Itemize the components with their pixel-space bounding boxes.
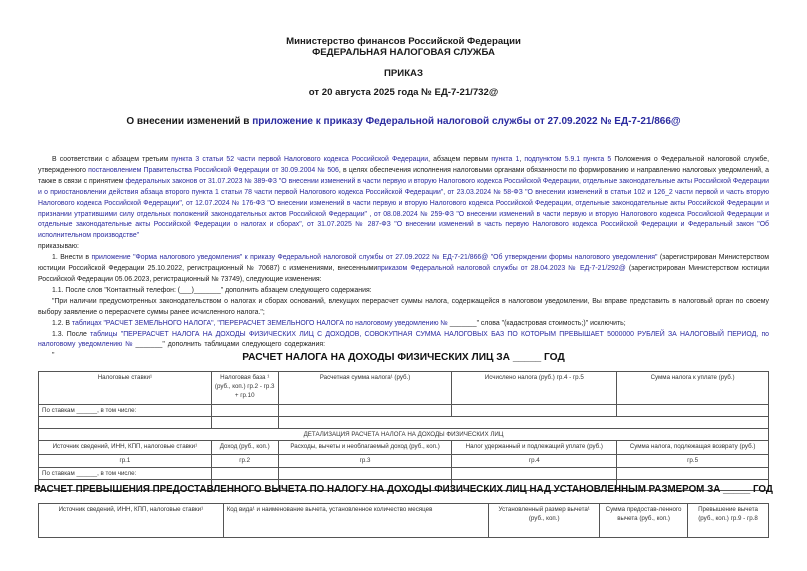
- detail-col-header: Доход (руб., коп.): [211, 441, 278, 455]
- item-1-1-paragraph: 1.1. После слов "Контактный телефон: (__…: [38, 286, 769, 297]
- col-number: гр.4: [452, 455, 617, 468]
- col-header: Расчетная сумма налога¹ (руб.): [278, 372, 452, 405]
- order-word: приказываю:: [38, 242, 769, 253]
- col-header: Сумма предостав-ленного вычета (руб., ко…: [600, 504, 688, 538]
- text-run: 1.2. В: [52, 320, 72, 327]
- cell: [278, 417, 768, 429]
- service-name: ФЕДЕРАЛЬНАЯ НАЛОГОВАЯ СЛУЖБА: [0, 47, 807, 58]
- col-header: Налоговые ставки¹: [39, 372, 212, 405]
- cell: [211, 417, 278, 429]
- col-header: Установленный размер вычета¹ (руб., коп.…: [489, 504, 600, 538]
- legal-reference-link[interactable]: приложение "Форма налогового уведомления…: [91, 254, 657, 261]
- cell: [211, 468, 278, 480]
- table-header-row: Источник сведений, ИНН, КПП, налоговые с…: [39, 504, 769, 538]
- doc-type: ПРИКАЗ: [0, 68, 807, 79]
- table-row: По ставкам ______, в том числе:: [39, 405, 769, 417]
- text-run: В соответствии с абзацем третьим: [52, 156, 171, 163]
- text-run: , абзацем первым: [428, 156, 491, 163]
- detail-col-header: Источник сведений, ИНН, КПП, налоговые с…: [39, 441, 212, 455]
- table2-title: РАСЧЕТ ПРЕВЫШЕНИЯ ПРЕДОСТАВЛЕННОГО ВЫЧЕТ…: [0, 484, 807, 495]
- col-number: гр.2: [211, 455, 278, 468]
- item-1-3-paragraph: 1.3. После таблицы "ПЕРЕРАСЧЕТ НАЛОГА НА…: [38, 330, 769, 352]
- cell: [278, 405, 452, 417]
- legal-reference-link[interactable]: федеральных законов от 31.07.2023 № 389-…: [38, 178, 769, 240]
- legal-reference-link[interactable]: пункта 3 статьи 52 части первой Налогово…: [171, 156, 428, 163]
- subject-prefix: О внесении изменений в: [126, 116, 252, 127]
- deduction-excess-table: Источник сведений, ИНН, КПП, налоговые с…: [38, 503, 769, 538]
- col-header: Налоговая база ¹ (руб., коп.) гр.2 - гр.…: [211, 372, 278, 405]
- cell: [452, 468, 617, 480]
- col-header: Код вида¹ и наименование вычета, установ…: [223, 504, 489, 538]
- table-row: [39, 417, 769, 429]
- table-row: По ставкам ______, в том числе:: [39, 468, 769, 480]
- subject-link[interactable]: приложение к приказу Федеральной налогов…: [252, 116, 680, 127]
- cell: [452, 405, 617, 417]
- detail-col-header: Налог удержанный и подлежащий уплате (ру…: [452, 441, 617, 455]
- legal-reference-link[interactable]: постановлением Правительства Российской …: [88, 167, 339, 174]
- col-header: Превышение вычета (руб., коп.) гр.9 - гр…: [688, 504, 769, 538]
- item-1-paragraph: 1. Внести в приложение "Форма налогового…: [38, 253, 769, 286]
- cell: [278, 468, 452, 480]
- preamble-paragraph: В соответствии с абзацем третьим пункта …: [38, 155, 769, 242]
- col-header: Сумма налога к уплате (руб.): [617, 372, 769, 405]
- col-number: гр.1: [39, 455, 212, 468]
- detail-title-row: ДЕТАЛИЗАЦИЯ РАСЧЕТА НАЛОГА НА ДОХОДЫ ФИЗ…: [39, 429, 769, 441]
- date-number: от 20 августа 2025 года № ЕД-7-21/732@: [0, 87, 807, 98]
- legal-reference-link[interactable]: таблицах "РАСЧЕТ ЗЕМЕЛЬНОГО НАЛОГА", "ПЕ…: [72, 320, 448, 327]
- detail-col-header: Расходы, вычеты и необлагаемый доход (ру…: [278, 441, 452, 455]
- detail-col-header: Сумма налога, подлежащая возврату (руб.): [617, 441, 769, 455]
- col-header: Исчислено налога (руб.) гр.4 - гр.5: [452, 372, 617, 405]
- legal-reference-link[interactable]: подпунктом 5.9.1 пункта 5: [524, 156, 611, 163]
- col-number: гр.5: [617, 455, 769, 468]
- legal-reference-link[interactable]: приказом Федеральной налоговой службы от…: [377, 265, 626, 272]
- cell: [617, 405, 769, 417]
- detail-title: ДЕТАЛИЗАЦИЯ РАСЧЕТА НАЛОГА НА ДОХОДЫ ФИЗ…: [39, 429, 769, 441]
- cell: [211, 405, 278, 417]
- text-run: _______" слова "(кадастровая стоимость;)…: [448, 320, 626, 327]
- ministry-name: Министерство финансов Российской Федерац…: [0, 36, 807, 47]
- text-run: 1. Внести в: [52, 254, 91, 261]
- item-1-1-quote: "При наличии предусмотренных законодател…: [38, 297, 769, 319]
- order-subject: О внесении изменений в приложение к прик…: [0, 116, 807, 127]
- table-header-row: Налоговые ставки¹ Налоговая база ¹ (руб.…: [39, 372, 769, 405]
- col-header: Источник сведений, ИНН, КПП, налоговые с…: [39, 504, 224, 538]
- col-number: гр.3: [278, 455, 452, 468]
- order-body: В соответствии с абзацем третьим пункта …: [38, 155, 769, 362]
- text-run: _______" дополнить таблицами следующего …: [133, 341, 325, 348]
- table1-title: РАСЧЕТ НАЛОГА НА ДОХОДЫ ФИЗИЧЕСКИХ ЛИЦ З…: [0, 352, 807, 363]
- tax-calc-table: Налоговые ставки¹ Налоговая база ¹ (руб.…: [38, 371, 769, 491]
- legal-reference-link[interactable]: пункта 1: [491, 156, 519, 163]
- rates-label: По ставкам ______, в том числе:: [39, 468, 212, 480]
- column-number-row: гр.1 гр.2 гр.3 гр.4 гр.5: [39, 455, 769, 468]
- item-1-2-paragraph: 1.2. В таблицах "РАСЧЕТ ЗЕМЕЛЬНОГО НАЛОГ…: [38, 319, 769, 330]
- detail-header-row: Источник сведений, ИНН, КПП, налоговые с…: [39, 441, 769, 455]
- rates-label: По ставкам ______, в том числе:: [39, 405, 212, 417]
- cell: [617, 468, 769, 480]
- cell: [39, 417, 212, 429]
- text-run: 1.3. После: [52, 331, 90, 338]
